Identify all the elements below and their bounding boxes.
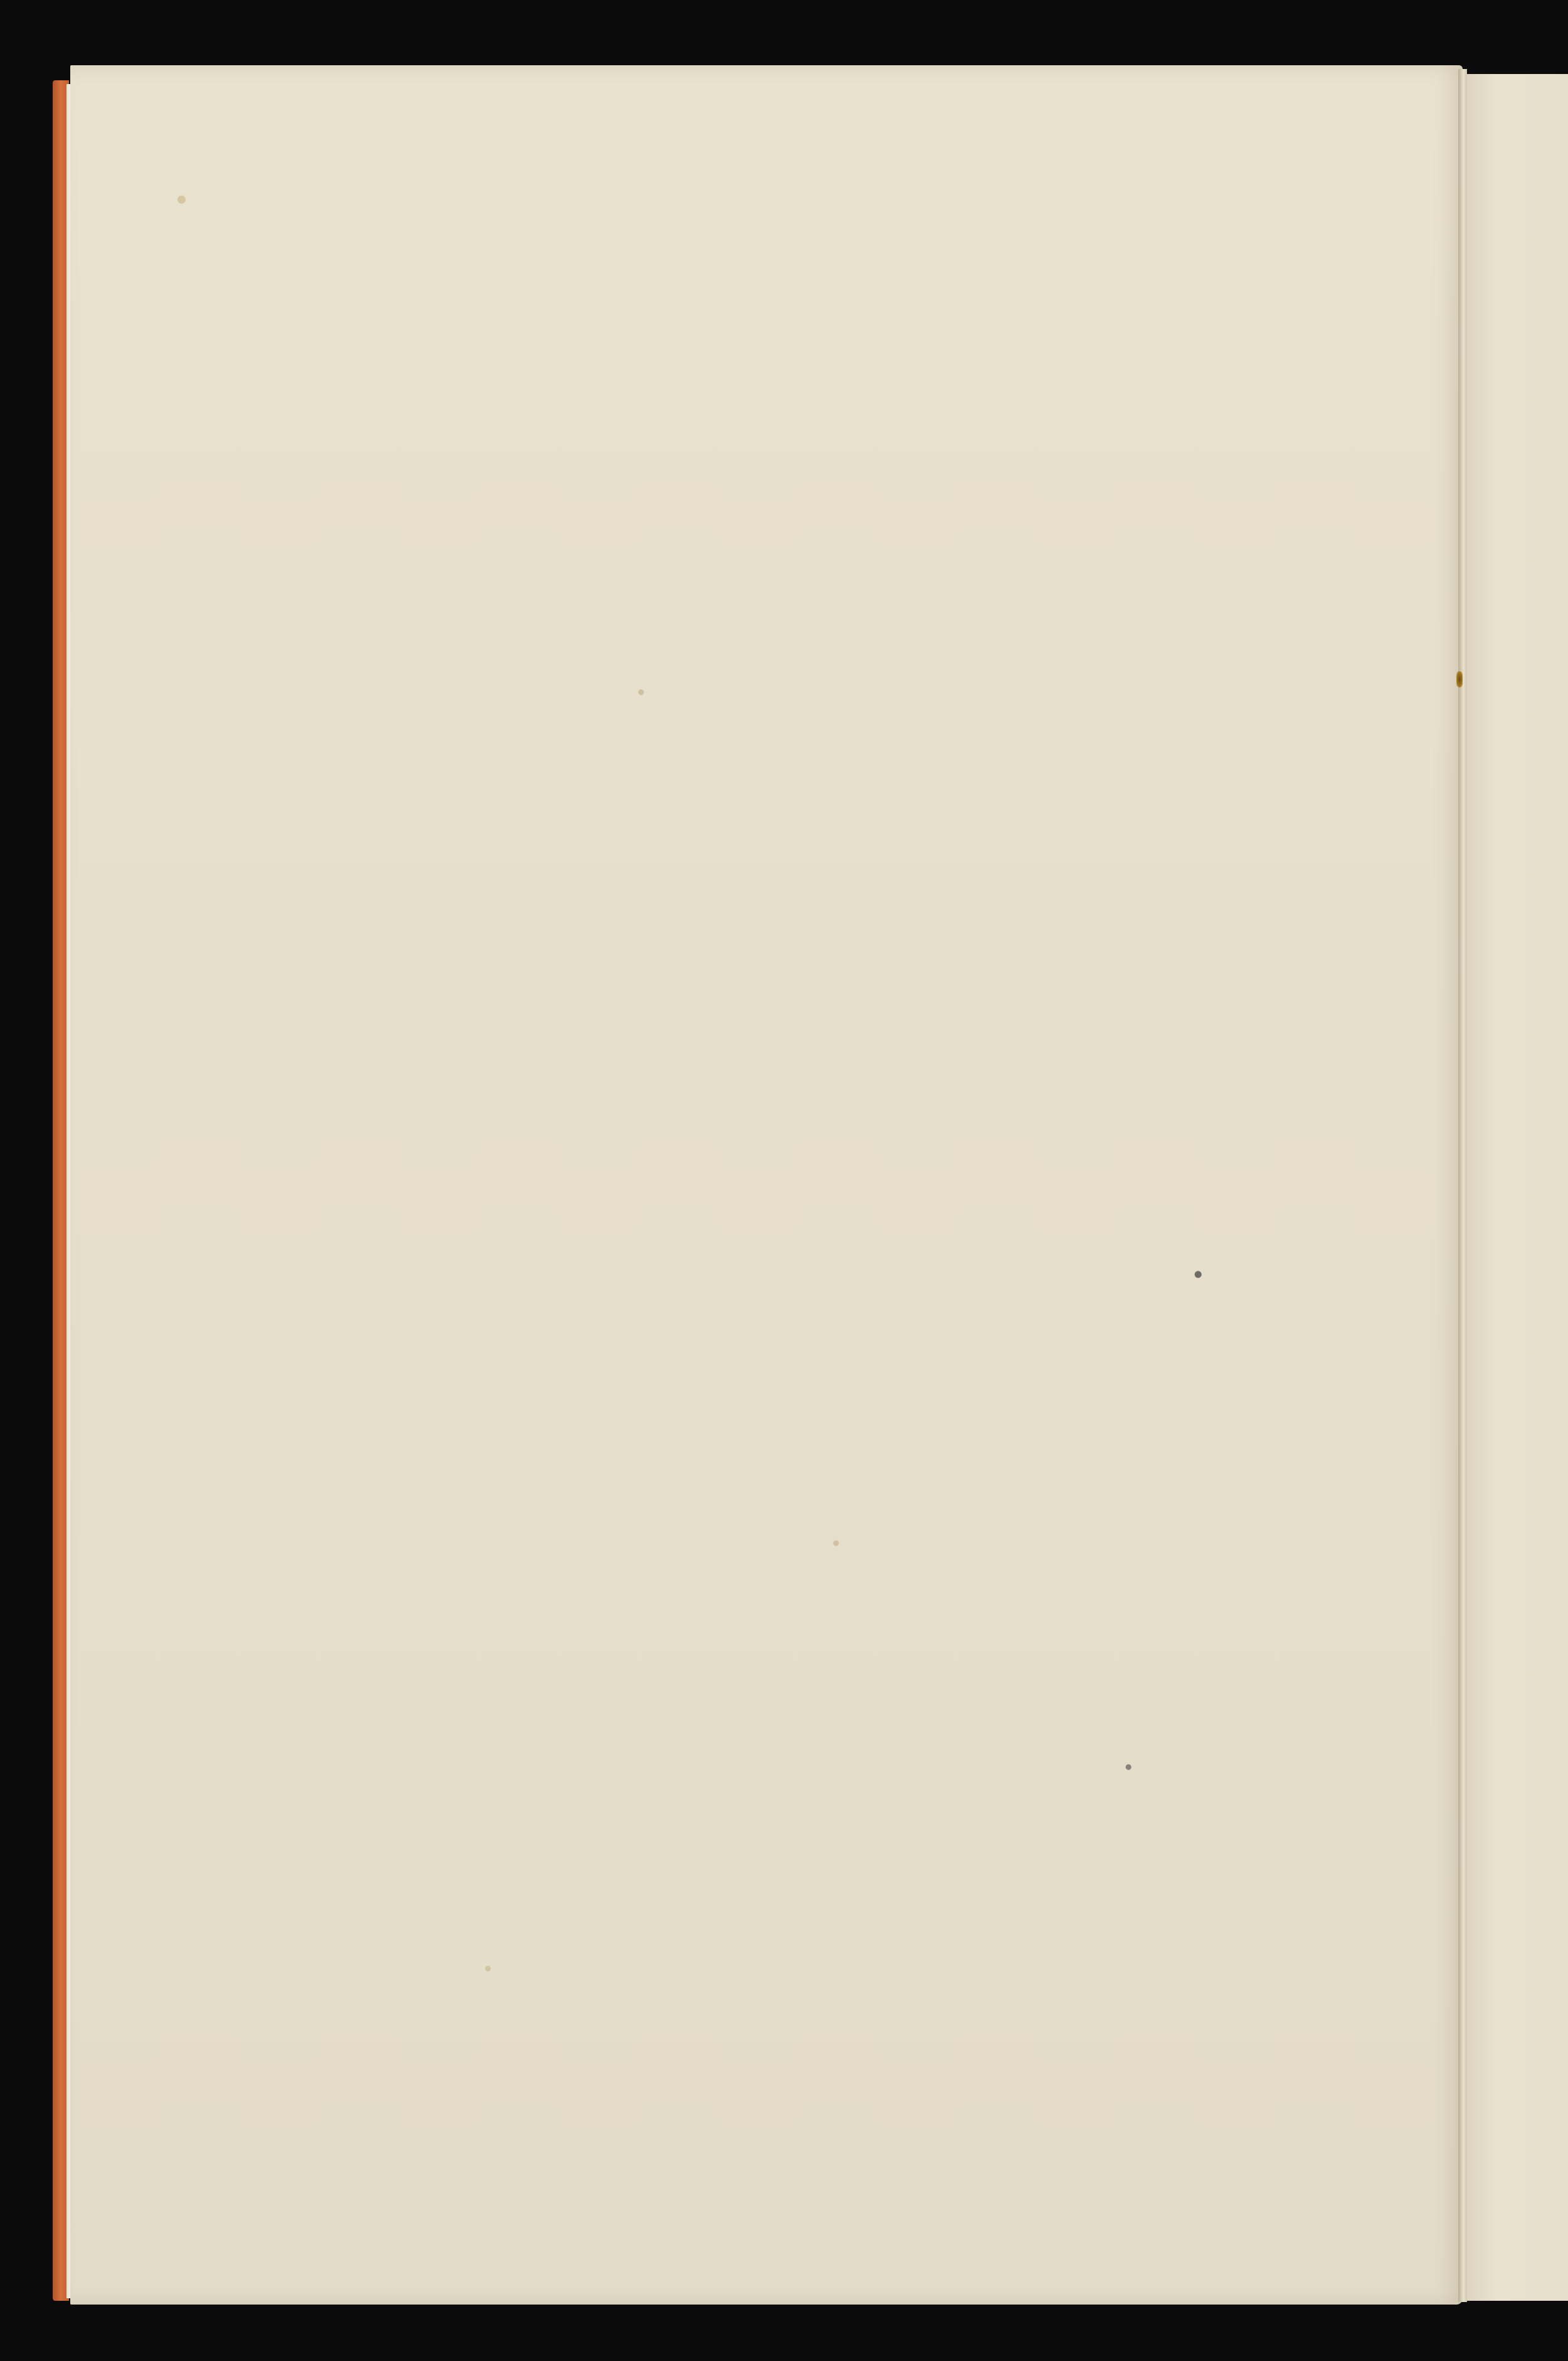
spine-gutter [1458, 69, 1467, 2302]
staple-rust-stain [1456, 671, 1463, 687]
facing-page-edge [1467, 74, 1568, 2301]
blank-page [70, 65, 1463, 2305]
